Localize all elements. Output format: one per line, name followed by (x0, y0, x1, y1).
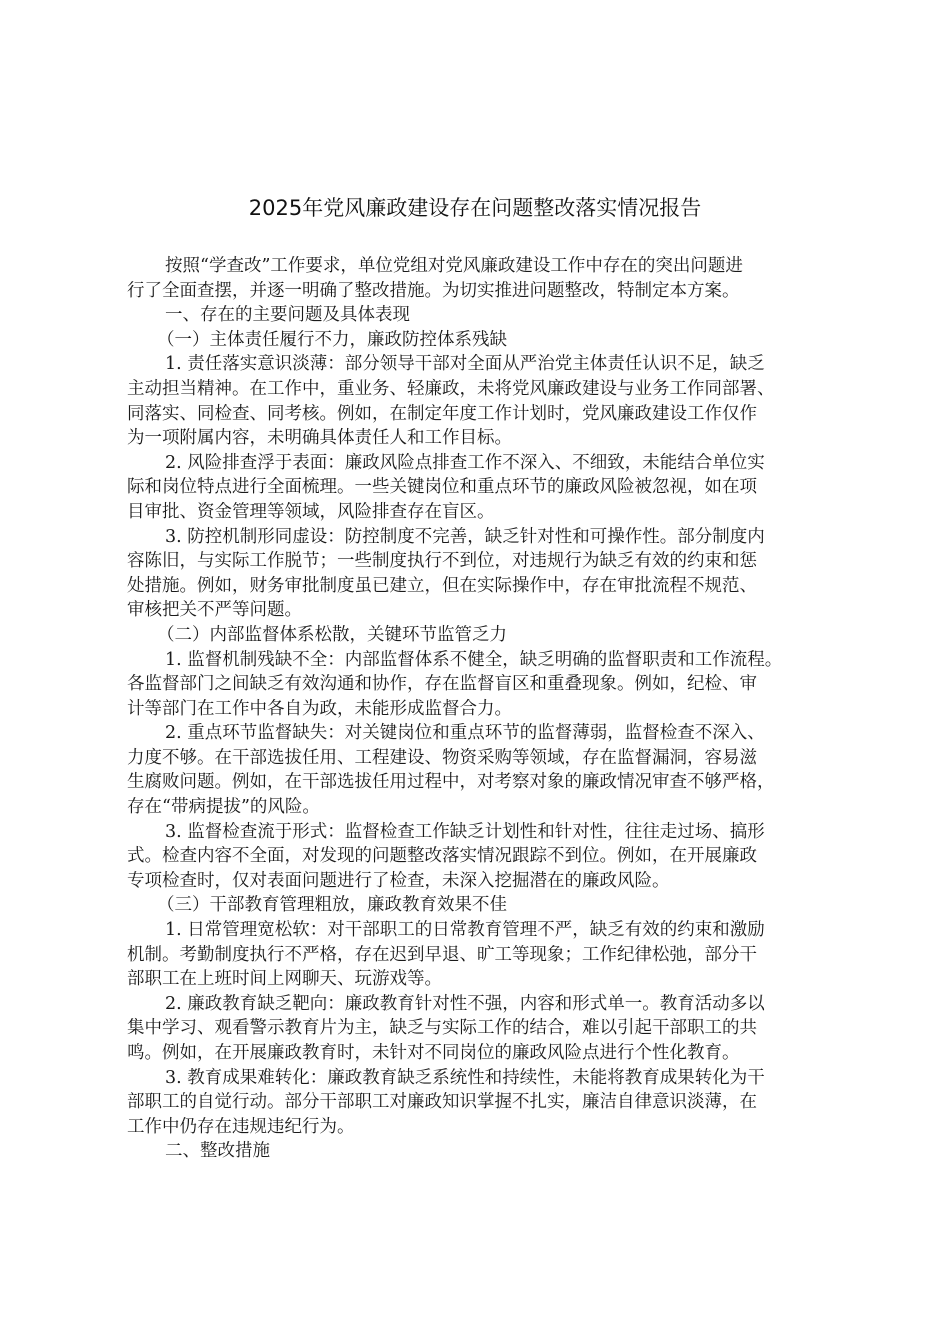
paragraph-line: 容陈旧，与实际工作脱节；一些制度执行不到位，对违规行为缺乏有效的约束和惩 (127, 549, 837, 574)
subsection-heading: （一）主体责任履行不力，廉政防控体系残缺 (127, 328, 837, 353)
paragraph-first-line: 3. 监督检查流于形式：监督检查工作缺乏计划性和针对性，往往走过场、搞形 (127, 820, 837, 845)
paragraph-line: 主动担当精神。在工作中，重业务、轻廉政，未将党风廉政建设与业务工作同部署、 (127, 377, 837, 402)
paragraph-line: 式。检查内容不全面，对发现的问题整改落实情况跟踪不到位。例如，在开展廉政 (127, 844, 837, 869)
paragraph-line: 同落实、同检查、同考核。例如，在制定年度工作计划时，党风廉政建设工作仅作 (127, 402, 837, 427)
paragraph-line: 工作中仍存在违规违纪行为。 (127, 1115, 837, 1140)
paragraph-first-line: 1. 监督机制残缺不全：内部监督体系不健全，缺乏明确的监督职责和工作流程。 (127, 648, 837, 673)
paragraph-line: 专项检查时，仅对表面问题进行了检查，未深入挖掘潜在的廉政风险。 (127, 869, 837, 894)
paragraph-line: 机制。考勤制度执行不严格，存在迟到早退、旷工等现象；工作纪律松弛，部分干 (127, 943, 837, 968)
paragraph-line: 存在“带病提拔”的风险。 (127, 795, 837, 820)
paragraph-line: 部职工在上班时间上网聊天、玩游戏等。 (127, 967, 837, 992)
subsection-heading: （二）内部监督体系松散，关键环节监管乏力 (127, 623, 837, 648)
paragraph-line: 集中学习、观看警示教育片为主，缺乏与实际工作的结合，难以引起干部职工的共 (127, 1016, 837, 1041)
paragraph-line: 各监督部门之间缺乏有效沟通和协作，存在监督盲区和重叠现象。例如，纪检、审 (127, 672, 837, 697)
paragraph-first-line: 2. 廉政教育缺乏靶向：廉政教育针对性不强，内容和形式单一。教育活动多以 (127, 992, 837, 1017)
section-heading: 二、整改措施 (127, 1139, 837, 1164)
paragraph-first-line: 1. 日常管理宽松软：对干部职工的日常教育管理不严，缺乏有效的约束和激励 (127, 918, 837, 943)
paragraph-line: 际和岗位特点进行全面梳理。一些关键岗位和重点环节的廉政风险被忽视，如在项 (127, 475, 837, 500)
paragraph-first-line: 3. 防控机制形同虚设：防控制度不完善，缺乏针对性和可操作性。部分制度内 (127, 525, 837, 550)
paragraph-line: 鸣。例如，在开展廉政教育时，未针对不同岗位的廉政风险点进行个性化教育。 (127, 1041, 837, 1066)
section-heading: 一、存在的主要问题及具体表现 (127, 303, 837, 328)
paragraph-first-line: 1. 责任落实意识淡薄：部分领导干部对全面从严治党主体责任认识不足，缺乏 (127, 352, 837, 377)
paragraph-first-line: 按照“学查改”工作要求，单位党组对党风廉政建设工作中存在的突出问题进 (127, 254, 837, 279)
paragraph-line: 部职工的自觉行动。部分干部职工对廉政知识掌握不扎实，廉洁自律意识淡薄，在 (127, 1090, 837, 1115)
document-body: 按照“学查改”工作要求，单位党组对党风廉政建设工作中存在的突出问题进行了全面查摆… (127, 254, 837, 1164)
paragraph-first-line: 2. 风险排查浮于表面：廉政风险点排查工作不深入、不细致，未能结合单位实 (127, 451, 837, 476)
paragraph-line: 处措施。例如，财务审批制度虽已建立，但在实际操作中，存在审批流程不规范、 (127, 574, 837, 599)
subsection-heading: （三）干部教育管理粗放，廉政教育效果不佳 (127, 893, 837, 918)
paragraph-first-line: 3. 教育成果难转化：廉政教育缺乏系统性和持续性，未能将教育成果转化为干 (127, 1066, 837, 1091)
paragraph-line: 行了全面查摆，并逐一明确了整改措施。为切实推进问题整改，特制定本方案。 (127, 279, 837, 304)
paragraph-line: 计等部门在工作中各自为政，未能形成监督合力。 (127, 697, 837, 722)
paragraph-line: 力度不够。在干部选拔任用、工程建设、物资采购等领域，存在监督漏洞，容易滋 (127, 746, 837, 771)
paragraph-first-line: 2. 重点环节监督缺失：对关键岗位和重点环节的监督薄弱，监督检查不深入、 (127, 721, 837, 746)
paragraph-line: 审核把关不严等问题。 (127, 598, 837, 623)
document-page: 2025年党风廉政建设存在问题整改落实情况报告 按照“学查改”工作要求，单位党组… (0, 0, 950, 1344)
paragraph-line: 生腐败问题。例如，在干部选拔任用过程中，对考察对象的廉政情况审查不够严格， (127, 770, 837, 795)
paragraph-line: 为一项附属内容，未明确具体责任人和工作目标。 (127, 426, 837, 451)
paragraph-line: 目审批、资金管理等领域，风险排查存在盲区。 (127, 500, 837, 525)
document-title: 2025年党风廉政建设存在问题整改落实情况报告 (0, 192, 950, 222)
